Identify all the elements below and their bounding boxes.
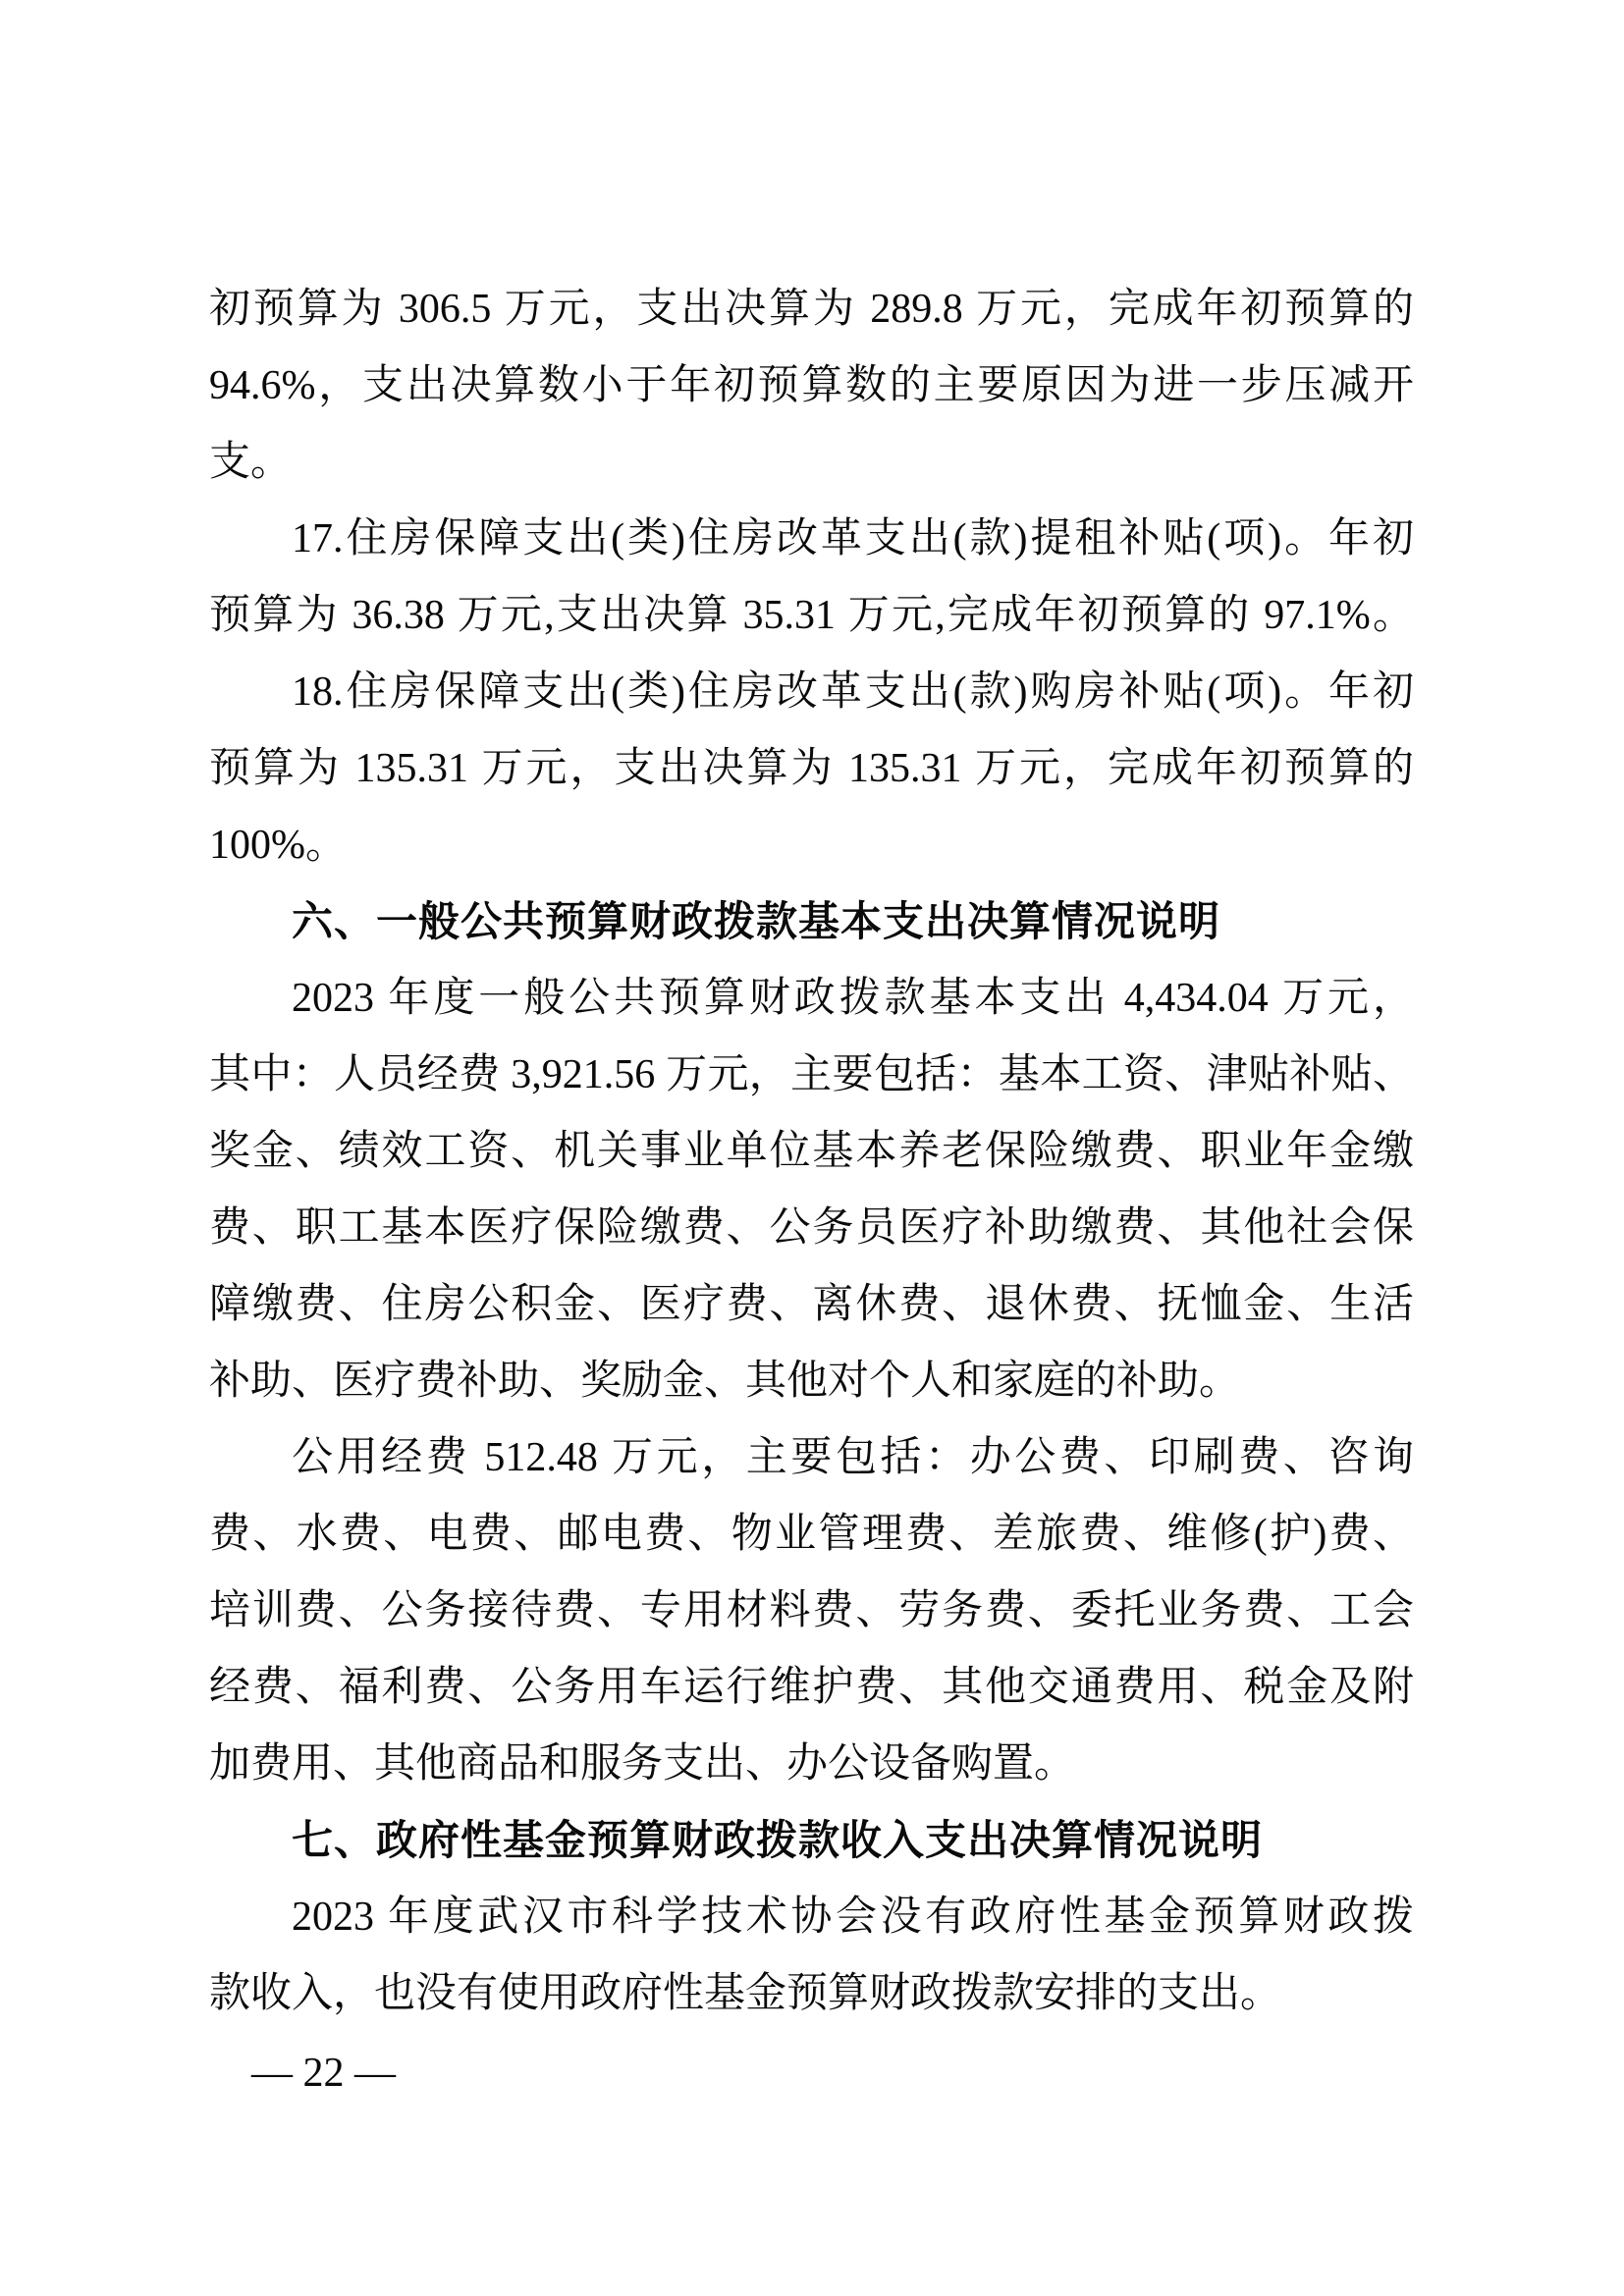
text-line: 加费用、其他商品和服务支出、办公设备购置。	[209, 1726, 1414, 1802]
text-line: 预算为 135.31 万元，支出决算为 135.31 万元，完成年初预算的	[209, 730, 1414, 807]
document-page: 初预算为 306.5 万元，支出决算为 289.8 万元，完成年初预算的94.6…	[0, 0, 1624, 2296]
text-line: 补助、医疗费补助、奖励金、其他对个人和家庭的补助。	[209, 1343, 1414, 1419]
page-footer: — 22 —	[251, 2044, 396, 2103]
text-line: 18.住房保障支出(类)住房改革支出(款)购房补贴(项)。年初	[209, 654, 1414, 730]
text-line: 公用经费 512.48 万元，主要包括：办公费、印刷费、咨询	[209, 1419, 1414, 1496]
text-line: 其中：人员经费 3,921.56 万元，主要包括：基本工资、津贴补贴、	[209, 1037, 1414, 1113]
section-heading: 七、政府性基金预算财政拨款收入支出决算情况说明	[209, 1802, 1414, 1879]
text-line: 障缴费、住房公积金、医疗费、离休费、退休费、抚恤金、生活	[209, 1266, 1414, 1343]
text-line: 初预算为 306.5 万元，支出决算为 289.8 万元，完成年初预算的	[209, 271, 1414, 347]
text-line: 94.6%，支出决算数小于年初预算数的主要原因为进一步压减开	[209, 347, 1414, 424]
text-line: 奖金、绩效工资、机关事业单位基本养老保险缴费、职业年金缴	[209, 1113, 1414, 1190]
text-line: 款收入，也没有使用政府性基金预算财政拨款安排的支出。	[209, 1955, 1414, 2032]
text-line: 预算为 36.38 万元,支出决算 35.31 万元,完成年初预算的 97.1%…	[209, 577, 1414, 654]
text-line: 2023 年度武汉市科学技术协会没有政府性基金预算财政拨	[209, 1879, 1414, 1955]
page-number: — 22 —	[251, 2051, 396, 2096]
text-line: 2023 年度一般公共预算财政拨款基本支出 4,434.04 万元，	[209, 960, 1414, 1037]
text-line: 费、职工基本医疗保险缴费、公务员医疗补助缴费、其他社会保	[209, 1190, 1414, 1266]
text-line: 17.住房保障支出(类)住房改革支出(款)提租补贴(项)。年初	[209, 501, 1414, 577]
text-line: 经费、福利费、公务用车运行维护费、其他交通费用、税金及附	[209, 1649, 1414, 1726]
text-line: 培训费、公务接待费、专用材料费、劳务费、委托业务费、工会	[209, 1573, 1414, 1649]
text-line: 100%。	[209, 807, 1414, 883]
section-heading: 六、一般公共预算财政拨款基本支出决算情况说明	[209, 883, 1414, 960]
document-body: 初预算为 306.5 万元，支出决算为 289.8 万元，完成年初预算的94.6…	[209, 271, 1414, 2032]
text-line: 支。	[209, 424, 1414, 501]
text-line: 费、水费、电费、邮电费、物业管理费、差旅费、维修(护)费、	[209, 1496, 1414, 1573]
